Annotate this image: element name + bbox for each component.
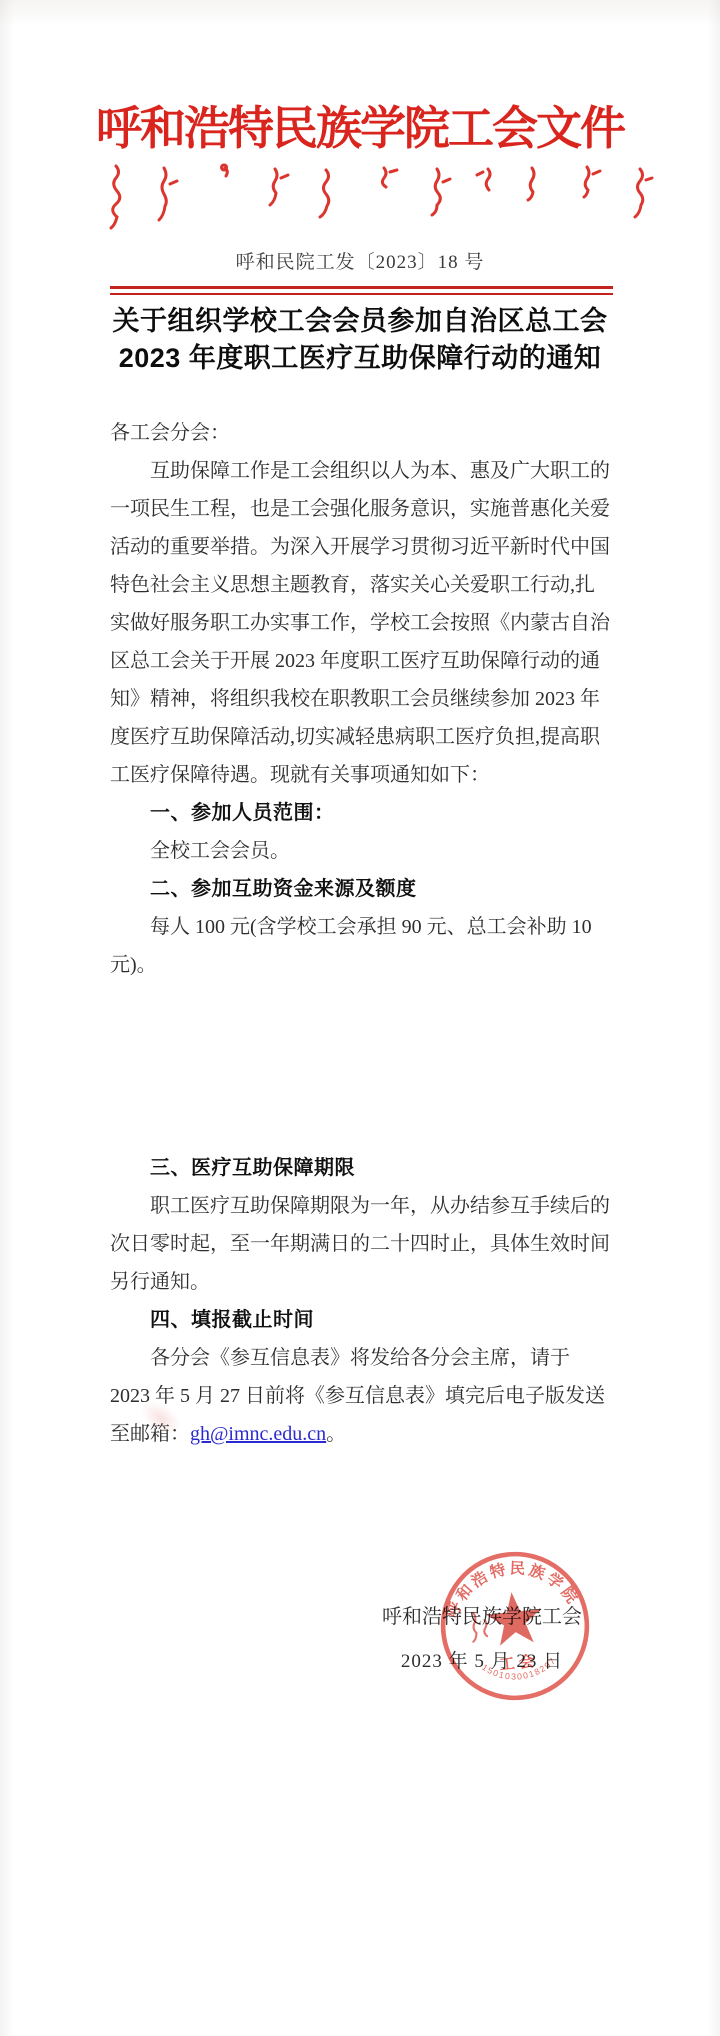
section-4-body-text: 各分会《参互信息表》将发给各分会主席，请于 2023 年 5 月 27 日前将《… [110, 1347, 605, 1445]
signature-date: 2023 年 5 月 23 日 [352, 1646, 612, 1673]
document-title: 关于组织学校工会会员参加自治区总工会 2023 年度职工医疗互助保障行动的通知 [60, 303, 660, 377]
signature-org: 呼和浩特民族学院工会 [352, 1600, 612, 1629]
mongolian-script [95, 162, 655, 240]
section-4-body-suffix: 。 [326, 1423, 346, 1445]
email-link[interactable]: gh@imnc.edu.cn [190, 1423, 326, 1445]
section-2-body: 每人 100 元(含学校工会承担 90 元、总工会补助 10 元)。 [110, 908, 613, 984]
salutation: 各工会分会： [110, 414, 613, 452]
section-3-body: 职工医疗互助保障期限为一年，从办结参互手续后的次日零时起，至一年期满日的二十四时… [110, 1187, 613, 1301]
red-separator-line [110, 286, 613, 295]
section-3-heading: 三、医疗互助保障期限 [110, 1149, 613, 1187]
section-4-heading: 四、填报截止时间 [110, 1301, 613, 1339]
document-body: 各工会分会： 互助保障工作是工会组织以人为本、惠及广大职工的一项民生工程，也是工… [110, 414, 613, 1453]
section-2-heading: 二、参加互助资金来源及额度 [110, 870, 613, 908]
section-1-heading: 一、参加人员范围： [110, 794, 613, 832]
document-number: 呼和民院工发〔2023〕18 号 [0, 247, 720, 274]
section-1-body: 全校工会会员。 [110, 832, 613, 870]
document-title-line1: 关于组织学校工会会员参加自治区总工会 [60, 303, 660, 340]
paragraph-intro: 互助保障工作是工会组织以人为本、惠及广大职工的一项民生工程，也是工会强化服务意识… [110, 452, 613, 794]
section-4-body: 各分会《参互信息表》将发给各分会主席，请于 2023 年 5 月 27 日前将《… [110, 1339, 613, 1453]
masthead-title: 呼和浩特民族学院工会文件 [0, 92, 720, 158]
document-title-line2: 2023 年度职工医疗互助保障行动的通知 [60, 340, 660, 377]
signature-block: 呼和浩特民族学院工会 2023 年 5 月 23 日 [352, 1600, 612, 1673]
